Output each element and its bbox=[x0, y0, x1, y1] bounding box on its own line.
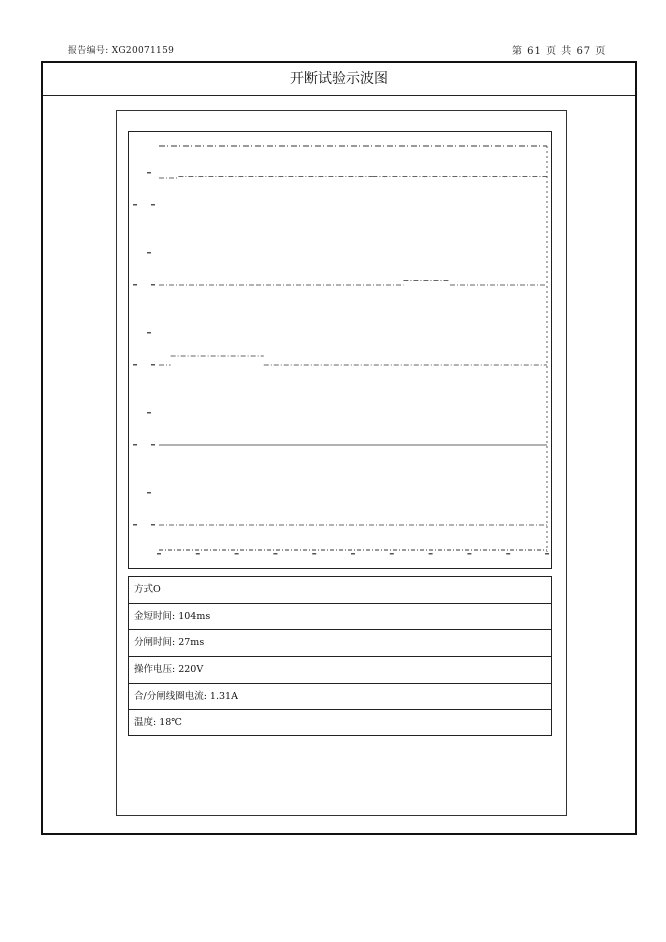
report-number-label: 报告编号: bbox=[68, 46, 109, 56]
report-number-value: XG20071159 bbox=[112, 46, 174, 56]
info-row-close-open-time: 金短时间: 104ms bbox=[129, 604, 551, 631]
test-parameters-table: 方式O 金短时间: 104ms 分闸时间: 27ms 操作电压: 220V 合/… bbox=[128, 576, 552, 736]
info-row-opening-time: 分闸时间: 27ms bbox=[129, 630, 551, 657]
info-row-coil-current: 合/分闸线圈电流: 1.31A bbox=[129, 684, 551, 711]
oscillogram bbox=[128, 131, 552, 569]
info-row-temperature: 温度: 18℃ bbox=[129, 710, 551, 735]
info-row-operating-voltage: 操作电压: 220V bbox=[129, 657, 551, 684]
page-info: 第 61 页 共 67 页 bbox=[512, 42, 606, 57]
info-row-mode: 方式O bbox=[129, 577, 551, 604]
document-title: 开断试验示波图 bbox=[43, 63, 635, 96]
oscillogram-plot bbox=[129, 132, 550, 567]
report-number: 报告编号: XG20071159 bbox=[68, 43, 174, 56]
